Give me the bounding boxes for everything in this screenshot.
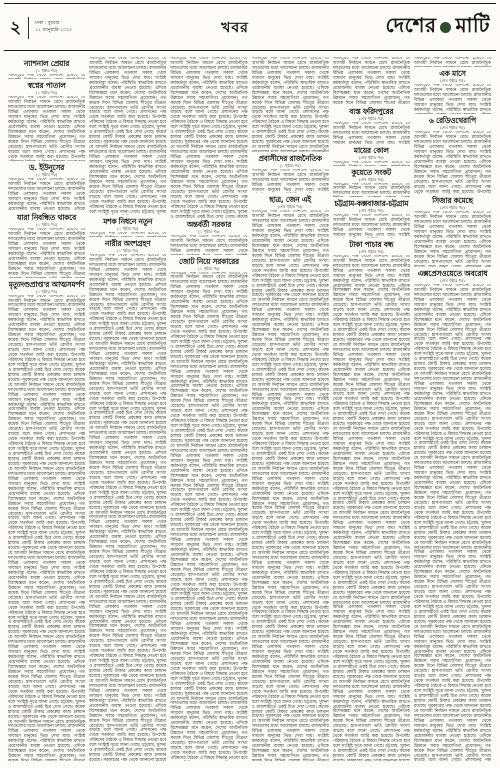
masthead-word-1: দেশের — [385, 11, 436, 44]
article-headline: সিজার কমেছে — [414, 196, 491, 205]
article-headline: যারা নিবন্ধিত থাকবে — [8, 213, 85, 222]
article-headline: চট্টগ্রাম-কক্সবাজার-চট্টগ্রাম — [333, 199, 410, 208]
article-headline: স্বপ্নের পাতাল — [8, 81, 85, 90]
continuation-note: (১ পৃষ্ঠার পর) — [170, 266, 247, 271]
newspaper-page: ২ ঢাকা : বুধবার ১২ জানুয়ারি ২০২৫ খবর দে… — [0, 0, 500, 768]
header-bottom-rule — [4, 50, 496, 51]
article-headline: মশক নিধনে নতুন — [89, 217, 166, 226]
article-headline: ছাত্র, জেন এই — [252, 195, 329, 204]
article-body: সরকারের পক্ষ থেকে জানানো হয়েছে যে আগামী… — [8, 228, 85, 277]
continuation-note: (১ পৃষ্ঠার পর) — [89, 226, 166, 231]
article-headline: এক মাসে — [414, 69, 491, 78]
article-body: সরকারের পক্ষ থেকে জানানো হয়েছে যে আগামী… — [8, 178, 85, 211]
article-body: সরকারের পক্ষ থেকে জানানো হয়েছে যে আগামী… — [8, 96, 85, 161]
article-body: সরকারের পক্ষ থেকে জানানো হয়েছে যে আগামী… — [170, 272, 247, 761]
article-body: সরকারের পক্ষ থেকে জানানো হয়েছে যে আগামী… — [252, 169, 329, 194]
article-headline: মায়ের কোল — [333, 146, 410, 155]
columns: ন্যাশনাল প্রেয়ার(১ পৃষ্ঠার পর)সরকারের প… — [0, 55, 500, 763]
column-1: ন্যাশনাল প্রেয়ার(১ পৃষ্ঠার পর)সরকারের প… — [8, 57, 85, 761]
continuation-note: (শেষ পৃষ্ঠার পর) — [414, 205, 491, 210]
article-headline: ৬ রেডিওথেরাপি — [414, 116, 491, 125]
article-body: সরকারের পক্ষ থেকে জানানো হয়েছে যে আগামী… — [333, 122, 410, 144]
dateline: ঢাকা : বুধবার ১২ জানুয়ারি ২০২৫ — [35, 21, 72, 34]
masthead-word-2: মাটি — [455, 11, 490, 44]
continuation-note: (শেষ পৃষ্ঠার পর) — [333, 155, 410, 160]
masthead: দেশের মাটি — [340, 11, 490, 44]
continuation-note: (১ পৃষ্ঠার পর) — [252, 163, 329, 168]
article-headline: ব্যস্ত ফরিদপুরের — [333, 107, 410, 116]
article-body: সরকারের পক্ষ থেকে জানানো হয়েছে যে আগামী… — [8, 74, 85, 79]
continuation-note: (১ পৃষ্ঠার পর) — [8, 222, 85, 227]
article-headline: প্রবাসীদের রাজনৈতিক — [252, 154, 329, 163]
continuation-note: (১ পৃষ্ঠার পর) — [8, 289, 85, 294]
column-5: সরকারের পক্ষ থেকে জানানো হয়েছে যে আগামী… — [333, 57, 410, 761]
continuation-note: (১ পৃষ্ঠার পর) — [89, 248, 166, 253]
page-number: ২ — [10, 17, 29, 39]
article-headline: ড. ইউনূসের — [8, 163, 85, 172]
article-headline: ন্যাশনাল প্রেয়ার — [8, 59, 85, 68]
article-body: সরকারের পক্ষ থেকে জানানো হয়েছে যে আগামী… — [333, 183, 410, 197]
continuation-note: (১ পৃষ্ঠার পর) — [8, 172, 85, 177]
article-headline: টাকা পাচার বন্ধ — [333, 240, 410, 249]
page-header: ২ ঢাকা : বুধবার ১২ জানুয়ারি ২০২৫ খবর দে… — [0, 4, 500, 50]
article-body: সরকারের পক্ষ থেকে জানানো হয়েছে যে আগামী… — [252, 210, 329, 761]
continuation-note: (শেষ পৃষ্ঠার পর) — [333, 249, 410, 254]
section-title: খবর — [130, 16, 340, 40]
article-body: সরকারের পক্ষ থেকে জানানো হয়েছে যে আগামী… — [414, 284, 491, 761]
header-left: ২ ঢাকা : বুধবার ১২ জানুয়ারি ২০২৫ — [10, 17, 130, 39]
article-body: সরকারের পক্ষ থেকে জানানো হয়েছে যে আগামী… — [89, 232, 166, 237]
article-headline: নারীর অংশগ্রহণ — [89, 239, 166, 248]
article-body: সরকারের পক্ষ থেকে জানানো হয়েছে যে আগামী… — [252, 57, 329, 152]
article-body: সরকারের পক্ষ থেকে জানানো হয়েছে যে আগামী… — [89, 254, 166, 761]
continuation-note: (শেষ পৃষ্ঠার পর) — [414, 125, 491, 130]
article-headline: এক্সপ্রেসওয়েতে অবরোধ — [414, 269, 491, 278]
article-body: সরকারের পক্ষ থেকে জানানো হয়েছে যে আগামী… — [170, 235, 247, 254]
article-body: সরকারের পক্ষ থেকে জানানো হয়েছে যে আগামী… — [333, 214, 410, 238]
continuation-note: (শেষ পৃষ্ঠার পর) — [333, 208, 410, 213]
article-body: সরকারের পক্ষ থেকে জানানো হয়েছে যে আগামী… — [89, 57, 166, 215]
continuation-note: (শেষ পৃষ্ঠার পর) — [414, 78, 491, 83]
continuation-note: (শেষ পৃষ্ঠার পর) — [414, 278, 491, 283]
continuation-note: (শেষ পৃষ্ঠার পর) — [252, 204, 329, 209]
article-body: সরকারের পক্ষ থেকে জানানো হয়েছে যে আগামী… — [414, 211, 491, 267]
column-2: সরকারের পক্ষ থেকে জানানো হয়েছে যে আগামী… — [89, 57, 166, 761]
continuation-note: (শেষ পৃষ্ঠার পর) — [333, 116, 410, 121]
column-3: সরকারের পক্ষ থেকে জানানো হয়েছে যে আগামী… — [170, 57, 247, 761]
continuation-note: (১ পৃষ্ঠার পর) — [8, 68, 85, 73]
article-headline: কুয়েতে সংকট — [333, 168, 410, 177]
article-headline: জোট নিয়ে সরকারের — [170, 257, 247, 266]
article-body: সরকারের পক্ষ থেকে জানানো হয়েছে যে আগামী… — [8, 295, 85, 761]
column-6: সরকারের পক্ষ থেকে জানানো হয়েছে যে আগামী… — [414, 57, 491, 761]
article-body: সরকারের পক্ষ থেকে জানানো হয়েছে যে আগামী… — [170, 57, 247, 218]
article-body: সরকারের পক্ষ থেকে জানানো হয়েছে যে আগামী… — [333, 57, 410, 105]
continuation-note: (১ পৃষ্ঠার পর) — [8, 90, 85, 95]
continuation-note: (১ পৃষ্ঠার পর) — [170, 229, 247, 234]
article-body: সরকারের পক্ষ থেকে জানানো হয়েছে যে আগামী… — [333, 255, 410, 761]
column-4: সরকারের পক্ষ থেকে জানানো হয়েছে যে আগামী… — [252, 57, 329, 761]
article-headline: মৃত্যুদণ্ডপ্রাপ্ত'র আত্মসমর্পণ — [8, 280, 85, 289]
circle-logo-icon — [440, 22, 451, 33]
dateline-date: ১২ জানুয়ারি ২০২৫ — [35, 28, 72, 35]
article-body: সরকারের পক্ষ থেকে জানানো হয়েছে যে আগামী… — [333, 161, 410, 166]
article-body: সরকারের পক্ষ থেকে জানানো হয়েছে যে আগামী… — [414, 131, 491, 194]
continuation-note: (শেষ পৃষ্ঠার পর) — [333, 177, 410, 182]
article-body: সরকারের পক্ষ থেকে জানানো হয়েছে যে আগামী… — [414, 57, 491, 67]
article-body: সরকারের পক্ষ থেকে জানানো হয়েছে যে আগামী… — [414, 84, 491, 114]
article-headline: অন্তর্বর্তী সরকার — [170, 220, 247, 229]
